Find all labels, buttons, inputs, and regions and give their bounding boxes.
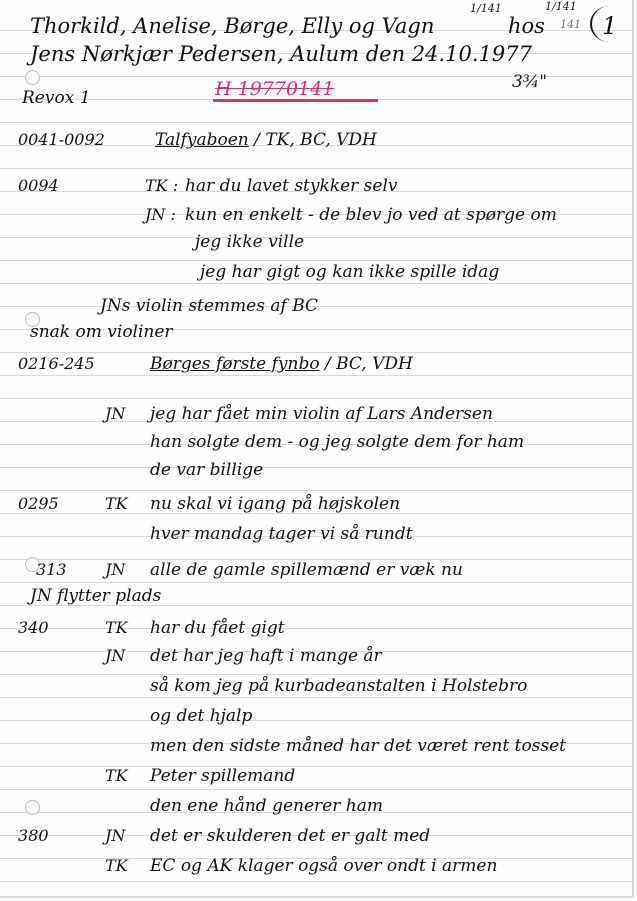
transcript-line: og det hjalp bbox=[150, 706, 252, 726]
transcript-line: JN flytter plads bbox=[30, 586, 161, 606]
header-place-date: Jens Nørkjær Pedersen, Aulum den 24.10.1… bbox=[30, 42, 532, 66]
speaker-initials: JN : bbox=[145, 205, 176, 224]
section-title: Talfyaboen / TK, BC, VDH bbox=[155, 130, 377, 150]
notebook-page: 1/141 1/141 Thorkild, Anelise, Børge, El… bbox=[0, 0, 634, 898]
tape-counter: 313 bbox=[36, 560, 67, 579]
page-number: 1 bbox=[602, 12, 617, 40]
speaker-initials: TK bbox=[105, 618, 128, 637]
punch-hole bbox=[25, 70, 40, 85]
tape-counter: 380 bbox=[18, 826, 49, 845]
transcript-line: men den sidste måned har det været rent … bbox=[150, 736, 566, 756]
speaker-initials: TK bbox=[105, 766, 128, 785]
tape-counter: 340 bbox=[18, 618, 49, 637]
transcript-line: det har jeg haft i mange år bbox=[150, 646, 382, 666]
transcript-line: kun en enkelt - de blev jo ved at spørge… bbox=[185, 205, 557, 225]
transcript-line: hver mandag tager vi så rundt bbox=[150, 524, 413, 544]
tape-counter: 0295 bbox=[18, 494, 59, 513]
transcript-line: jeg har gigt og kan ikke spille idag bbox=[200, 262, 499, 282]
archive-number: H 19770141 bbox=[215, 78, 334, 100]
transcript-line: de var billige bbox=[150, 460, 263, 480]
transcript-line: EC og AK klager også over ondt i armen bbox=[150, 856, 497, 876]
transcript-line: alle de gamle spillemænd er væk nu bbox=[150, 560, 463, 580]
transcript-line: nu skal vi igang på højskolen bbox=[150, 494, 400, 514]
archive-underline bbox=[213, 99, 378, 102]
tape-label: Revox 1 bbox=[22, 88, 91, 108]
header-hos: hos bbox=[508, 14, 545, 38]
transcript-line: JNs violin stemmes af BC bbox=[100, 296, 318, 316]
corner-mark: 141 bbox=[560, 18, 581, 31]
speaker-initials: JN bbox=[105, 404, 125, 423]
transcript-line: jeg har fået min violin af Lars Andersen bbox=[150, 404, 493, 424]
transcript-line: har du fået gigt bbox=[150, 618, 285, 638]
speaker-initials: TK : bbox=[145, 176, 178, 195]
speaker-initials: TK bbox=[105, 494, 128, 513]
transcript-line: det er skulderen det er galt med bbox=[150, 826, 430, 846]
corner-mark: 1/141 bbox=[470, 2, 502, 15]
punch-hole bbox=[25, 800, 40, 815]
speaker-initials: JN bbox=[105, 560, 125, 579]
header-participants: Thorkild, Anelise, Børge, Elly og Vagn bbox=[30, 14, 434, 38]
tape-counter: 0094 bbox=[18, 176, 59, 195]
transcript-line: så kom jeg på kurbadeanstalten i Holsteb… bbox=[150, 676, 527, 696]
speaker-initials: JN bbox=[105, 826, 125, 845]
corner-mark: 1/141 bbox=[545, 0, 577, 13]
transcript-line: snak om violiner bbox=[30, 322, 173, 342]
speaker-initials: TK bbox=[105, 856, 128, 875]
speaker-initials: JN bbox=[105, 646, 125, 665]
transcript-line: har du lavet stykker selv bbox=[185, 176, 398, 196]
tape-speed: 3¾" bbox=[512, 72, 547, 92]
transcript-line: jeg ikke ville bbox=[195, 232, 304, 252]
tape-counter: 0041-0092 bbox=[18, 130, 105, 149]
transcript-line: han solgte dem - og jeg solgte dem for h… bbox=[150, 432, 524, 452]
section-title: Børges første fynbo / BC, VDH bbox=[150, 354, 413, 374]
transcript-line: den ene hånd generer ham bbox=[150, 796, 383, 816]
tape-counter: 0216-245 bbox=[18, 354, 95, 373]
transcript-line: Peter spillemand bbox=[150, 766, 295, 786]
